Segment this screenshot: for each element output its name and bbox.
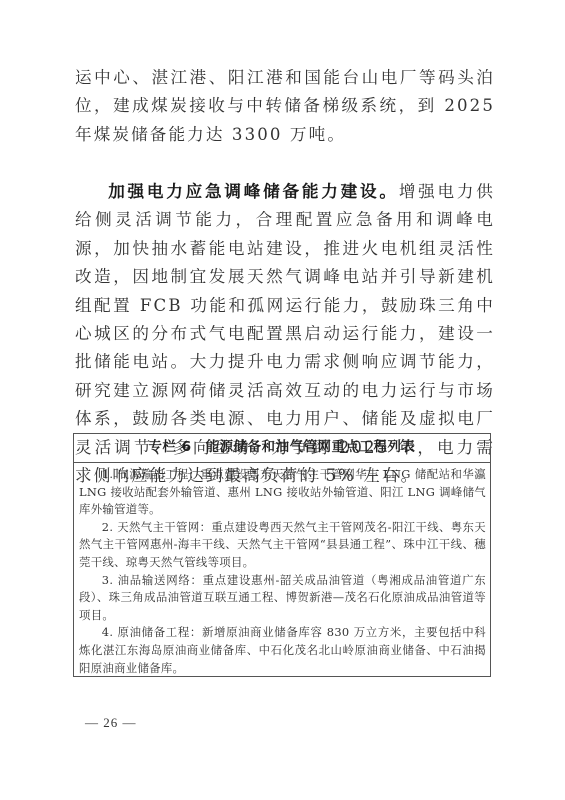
page-number: — 26 —	[85, 715, 137, 731]
column-title: 能源储备和油气管网重点工程列表	[206, 440, 416, 455]
project-item: 4. 原油储备工程：新增原油商业储备库容 830 万立方米，主要包括中科炼化湛江…	[79, 624, 486, 677]
project-item: 2. 天然气主干管网：重点建设粤西天然气主干管网茂名-阳江干线、粤东天然气主干管…	[79, 519, 486, 572]
paragraph-heading: 加强电力应急调峰储备能力建设。	[108, 181, 399, 201]
project-item: 3. 油品输送网络：重点建设惠州-韶关成品油管道（粤湘成品油管道广东段）、珠三角…	[79, 572, 486, 625]
project-item: 1. 气源输出工程：重点建设粤东天然气主干管网华丰 LNG 储配站和华瀛 LNG…	[79, 466, 486, 519]
paragraph-coal-storage: 运中心、湛江港、阳江港和国能台山电厂等码头泊位，建成煤炭接收与中转储备梯级系统，…	[75, 64, 495, 149]
column-box: 专栏 6能源储备和油气管网重点工程列表 1. 气源输出工程：重点建设粤东天然气主…	[73, 433, 491, 677]
document-page: 运中心、湛江港、阳江港和国能台山电厂等码头泊位，建成煤炭接收与中转储备梯级系统，…	[0, 0, 565, 800]
column-box-body: 1. 气源输出工程：重点建设粤东天然气主干管网华丰 LNG 储配站和华瀛 LNG…	[74, 463, 490, 677]
column-label: 专栏 6	[148, 440, 191, 455]
column-box-header: 专栏 6能源储备和油气管网重点工程列表	[74, 434, 490, 463]
